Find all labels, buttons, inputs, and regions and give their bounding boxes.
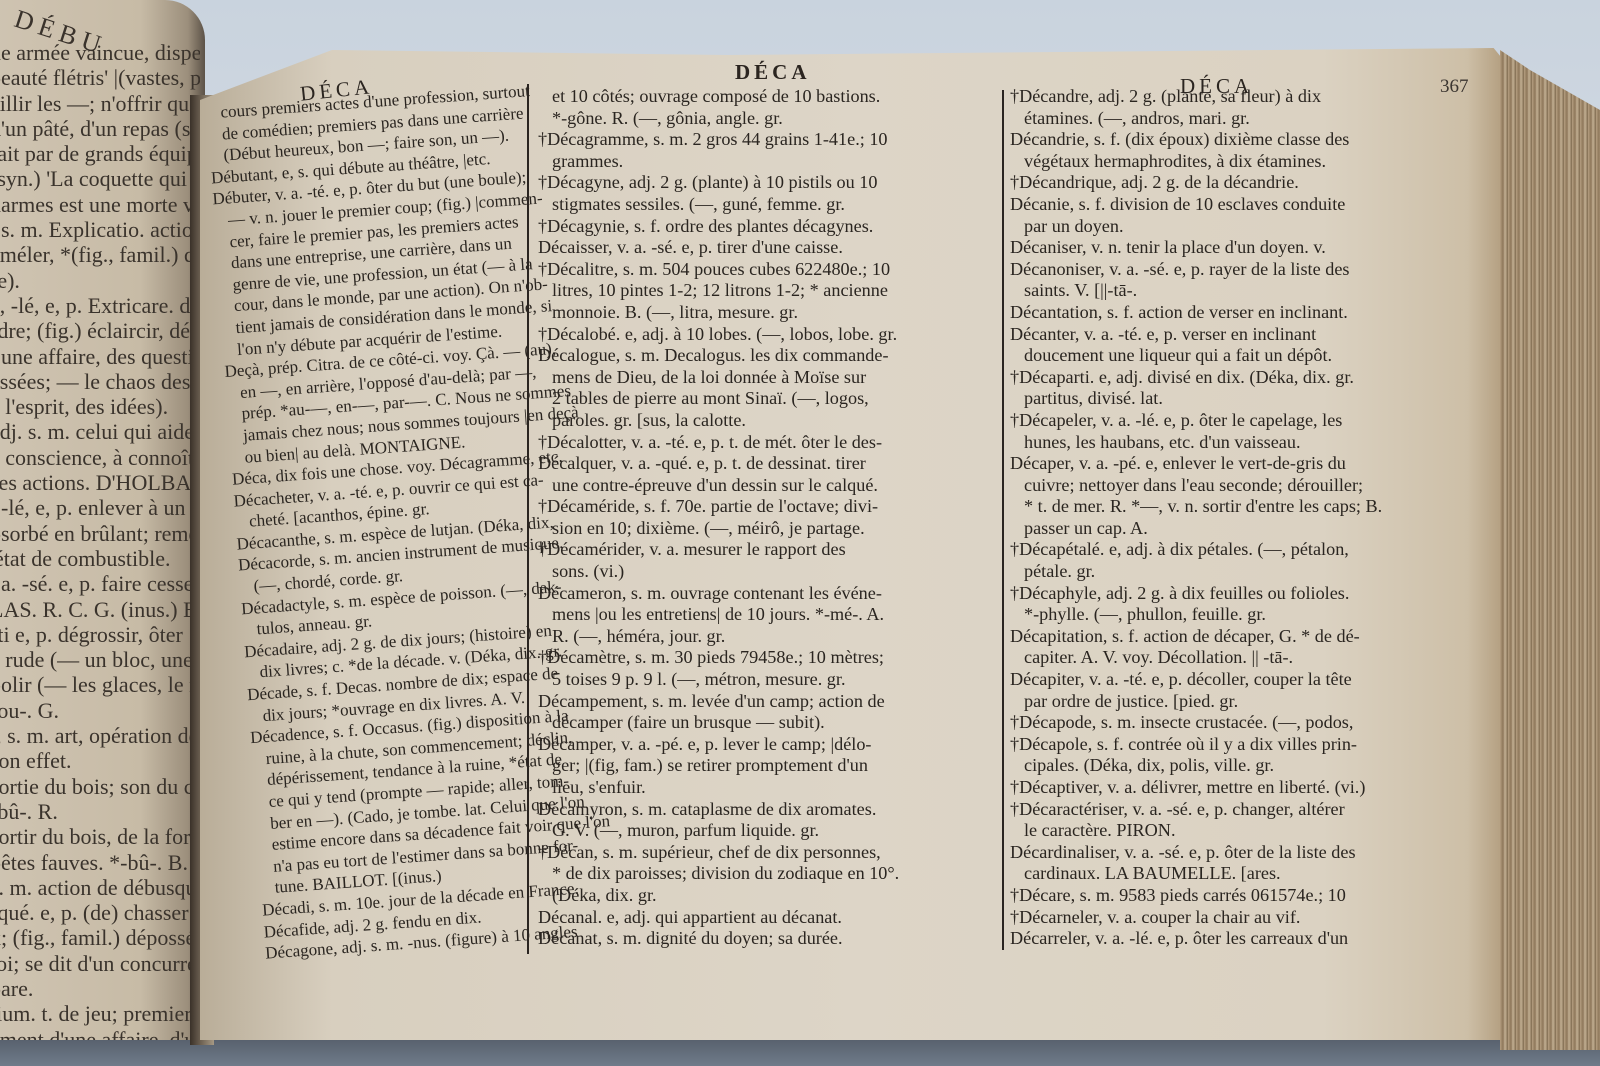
text-line: tium. t. de jeu; premier coup [0, 1001, 200, 1026]
text-line: cardinaux. LA BAUMELLE. [ares. [1010, 863, 1485, 885]
text-line: le caractère. PIRON. [1010, 820, 1485, 842]
text-line: †Décagramme, s. m. 2 gros 44 grains 1-41… [538, 129, 1003, 151]
text-line: †Décapétalé. e, adj. à dix pétales. (—, … [1010, 539, 1485, 561]
text-line: Décardinaliser, v. a. -sé. e, p. ôter de… [1010, 842, 1485, 864]
text-line: * t. de mer. R. *—, v. n. sortir d'entre… [1010, 496, 1485, 518]
text-line: re). [0, 268, 200, 293]
text-line: fait par de grands équipages [0, 141, 200, 166]
text-line: cuivre; nettoyer dans l'eau seconde; dér… [1010, 475, 1485, 497]
text-line: grammes. [538, 151, 1003, 173]
text-line: R. (—, héméra, jour. gr. [538, 626, 1003, 648]
text-line: saints. V. [||-tā-. [1010, 280, 1485, 302]
text-line: †Décapeler, v. a. -lé. e, p. ôter le cap… [1010, 410, 1485, 432]
text-line: sortie du bois; son du cor [0, 774, 200, 799]
text-line: Décampement, s. m. levée d'un camp; acti… [538, 691, 1003, 713]
text-line: †Décare, s. m. 9583 pieds carrés 061574e… [1010, 885, 1485, 907]
left-page-text: ne armée vaincue, disperséebeauté flétri… [0, 40, 200, 1040]
text-line: Décalquer, v. a. -qué. e, p. t. de dessi… [538, 453, 1003, 475]
text-line: †Décaparti. e, adj. divisé en dix. (Déka… [1010, 367, 1485, 389]
text-line: passer un cap. A. [1010, 518, 1485, 540]
text-line: rdre; (fig.) éclaircir, démêler [0, 318, 200, 343]
text-line: †Décandre, adj. 2 g. (plante, sa fleur) … [1010, 86, 1485, 108]
text-line: éméler, *(fig., famil.) d'éclaircir [0, 242, 200, 267]
text-line: bsorbé en brûlant; remettre [0, 521, 200, 546]
left-page: DÉBU ne armée vaincue, disperséebeauté f… [0, 0, 205, 1040]
text-line: †Décagyne, adj. 2 g. (plante) à 10 pisti… [538, 172, 1003, 194]
text-line: son effet. [0, 748, 200, 773]
text-line: assées; — le chaos des papiers [0, 369, 200, 394]
text-line: ses actions. D'HOLBACH. [0, 470, 200, 495]
text-line: †Décalitre, s. m. 504 pouces cubes 62248… [538, 259, 1003, 281]
page-edges [1500, 50, 1600, 1050]
text-line: lieu, s'enfuir. [538, 777, 1003, 799]
text-line: Décamyron, s. m. cataplasme de dix aroma… [538, 799, 1003, 821]
text-line: *-phylle. (—, phullon, feuille. gr. [1010, 604, 1485, 626]
text-line: 5 toises 9 p. 9 l. (—, métron, mesure. g… [538, 669, 1003, 691]
text-line: †Décaphyle, adj. 2 g. à dix feuilles ou … [1010, 583, 1485, 605]
text-line: adj. s. m. celui qui aide quelqu'un [0, 419, 200, 444]
text-line: Décanal. e, adj. qui appartient au décan… [538, 907, 1003, 929]
text-line: Décarreler, v. a. -lé. e, p. ôter les ca… [1010, 928, 1485, 950]
text-line: pétale. gr. [1010, 561, 1485, 583]
text-line: Décaniser, v. n. tenir la place d'un doy… [1010, 237, 1485, 259]
text-line: Décanter, v. a. -té. e, p. verser en inc… [1010, 324, 1485, 346]
text-line: rou-. G. [0, 698, 200, 723]
text-line: †Décamérider, v. a. mesurer le rapport d… [538, 539, 1003, 561]
text-line: polir (— les glaces, le marbre [0, 672, 200, 697]
text-line: †Décagynie, s. f. ordre des plantes déca… [538, 216, 1003, 238]
text-line: * de dix paroisses; division du zodiaque… [538, 863, 1003, 885]
text-line: †Décapode, s. m. insecte crustacée. (—, … [1010, 712, 1485, 734]
text-line: une contre-épreuve d'un dessin sur le ca… [538, 475, 1003, 497]
text-line: ne armée vaincue, dispersée [0, 40, 200, 65]
running-head-col-b: DÉCA [735, 60, 811, 85]
text-line: -bû-. R. [0, 799, 200, 824]
text-line: beauté flétris' |(vastes, pâtis [0, 65, 200, 90]
text-line: a, -lé, e, p. Extricare. démêler [0, 293, 200, 318]
text-line: par un doyen. [1010, 216, 1485, 238]
text-line: †Décan, s. m. supérieur, chef de dix per… [538, 842, 1003, 864]
text-line: †Décapole, s. f. contrée où il y a dix v… [1010, 734, 1485, 756]
text-line: hunes, les haubans, etc. d'un vaisseau. [1010, 432, 1485, 454]
text-line: . a. -sé. e, p. faire cesser [0, 571, 200, 596]
text-line: Décalogue, s. m. Decalogus. les dix comm… [538, 345, 1003, 367]
text-line: *-gône. R. (—, gônia, angle. gr. [538, 108, 1003, 130]
dictionary-column-c: †Décandre, adj. 2 g. (plante, sa fleur) … [1010, 86, 1485, 950]
text-line: stigmates sessiles. (—, guné, femme. gr. [538, 194, 1003, 216]
text-line: x; (fig., famil.) déposséder [0, 925, 200, 950]
text-line: par ordre de justice. [pied. gr. [1010, 691, 1485, 713]
text-line: cillir les —; n'offrir que des [0, 91, 200, 116]
text-line: paroles. gr. [sus, la calotte. [538, 410, 1003, 432]
text-line: LAS. R. C. G. (inus.) B. [0, 597, 200, 622]
text-line: litres, 10 pintes 1-2; 12 litrons 1-2; *… [538, 280, 1003, 302]
text-line: capiter. A. V. voy. Décollation. || -tā-… [1010, 647, 1485, 669]
text-line: s. m. action de débusquer [0, 875, 200, 900]
text-line: †Décaractériser, v. a. -sé. e, p. change… [1010, 799, 1485, 821]
text-line: monnoie. B. (—, litra, mesure. gr. [538, 302, 1003, 324]
text-line: †Décaptiver, v. a. délivrer, mettre en l… [1010, 777, 1485, 799]
text-line: †Décamètre, s. m. 30 pieds 79458e.; 10 m… [538, 647, 1003, 669]
text-line: e rude (— un bloc, une pierre [0, 647, 200, 672]
text-line: Décantation, s. f. action de verser en i… [1010, 302, 1485, 324]
text-line: a conscience, à connoître le mal [0, 445, 200, 470]
text-line: Décandrie, s. f. (dix époux) dixième cla… [1010, 129, 1485, 151]
text-line: végétaux hermaphrodites, à dix étamines. [1010, 151, 1485, 173]
text-line: (syn.) 'La coquette qui survit [0, 166, 200, 191]
text-line: doucement une liqueur qui a fait un dépô… [1010, 345, 1485, 367]
text-line: sion en 10; dixième. (—, méirô, je parta… [538, 518, 1003, 540]
text-line: Décanoniser, v. a. -sé. e, p. rayer de l… [1010, 259, 1485, 281]
text-line: †Décaméride, s. f. 70e. partie de l'octa… [538, 496, 1003, 518]
dictionary-column-b: et 10 côtés; ouvrage composé de 10 basti… [538, 86, 1003, 950]
text-line: cipales. (Déka, dix, polis, ville. gr. [1010, 755, 1485, 777]
text-line: †Décalobé. e, adj. à 10 lobes. (—, lobos… [538, 324, 1003, 346]
text-line: Décapitation, s. f. action de décaper, G… [1010, 626, 1485, 648]
text-line: mens |ou les entretiens| de 10 jours. *-… [538, 604, 1003, 626]
text-line: (Déka, dix. gr. [538, 885, 1003, 907]
text-line: -qué. e, p. (de) chasser [0, 900, 200, 925]
text-line: ement d'une affaire, d'un [0, 1027, 200, 1040]
text-line: loi; se dit d'un concurrent [0, 951, 200, 976]
text-line: e l'esprit, des idées). [0, 394, 200, 419]
photo-scene: DÉBU ne armée vaincue, disperséebeauté f… [0, 0, 1600, 1066]
text-line: mens de Dieu, de la loi donnée à Moïse s… [538, 367, 1003, 389]
text-line: et 10 côtés; ouvrage composé de 10 basti… [538, 86, 1003, 108]
text-line: , une affaire, des questions [0, 344, 200, 369]
dictionary-column-a: cours premiers actes d'une profession, s… [206, 80, 590, 964]
text-line: sons. (vi.) [538, 561, 1003, 583]
text-line: ger; |(fig, fam.) se retirer promptement… [538, 755, 1003, 777]
text-line: , s. m. Explicatio. action de [0, 217, 200, 242]
text-line: partitus, divisé. lat. [1010, 388, 1485, 410]
text-line: Décamper, v. a. -pé. e, p. lever le camp… [538, 734, 1003, 756]
text-line: bare. [0, 976, 200, 1001]
text-line: Décaper, v. a. -pé. e, enlever le vert-d… [1010, 453, 1485, 475]
text-line: décamper (faire un brusque — subit). [538, 712, 1003, 734]
text-line: harmes est une morte vive. [0, 192, 200, 217]
text-line: t, s. m. art, opération de [0, 723, 200, 748]
text-line: 'état de combustible. [0, 546, 200, 571]
text-line: †Décarneler, v. a. couper la chair au vi… [1010, 907, 1485, 929]
text-line: 2 tables de pierre au mont Sinaï. (—, lo… [538, 388, 1003, 410]
text-line: . -lé, e, p. enlever à un corps [0, 495, 200, 520]
text-line: étamines. (—, andros, mari. gr. [1010, 108, 1485, 130]
text-line: Décanat, s. m. dignité du doyen; sa duré… [538, 928, 1003, 950]
text-line: Décanie, s. f. division de 10 esclaves c… [1010, 194, 1485, 216]
text-line: Décameron, s. m. ouvrage contenant les é… [538, 583, 1003, 605]
text-line: G. V. (—, muron, parfum liquide. gr. [538, 820, 1003, 842]
text-line: Décaisser, v. a. -sé. e, p. tirer d'une … [538, 237, 1003, 259]
text-line: Décapiter, v. a. -té. e, p. décoller, co… [1010, 669, 1485, 691]
text-line: -ti e, p. dégrossir, ôter [0, 622, 200, 647]
text-line: †Décandrique, adj. 2 g. de la décandrie. [1010, 172, 1485, 194]
text-line: †Décalotter, v. a. -té. e, p. t. de mét.… [538, 432, 1003, 454]
text-line: sortir du bois, de la forêt [0, 824, 200, 849]
text-line: bêtes fauves. *-bû-. B. [0, 850, 200, 875]
text-line: d'un pâté, d'un repas (servir [0, 116, 200, 141]
